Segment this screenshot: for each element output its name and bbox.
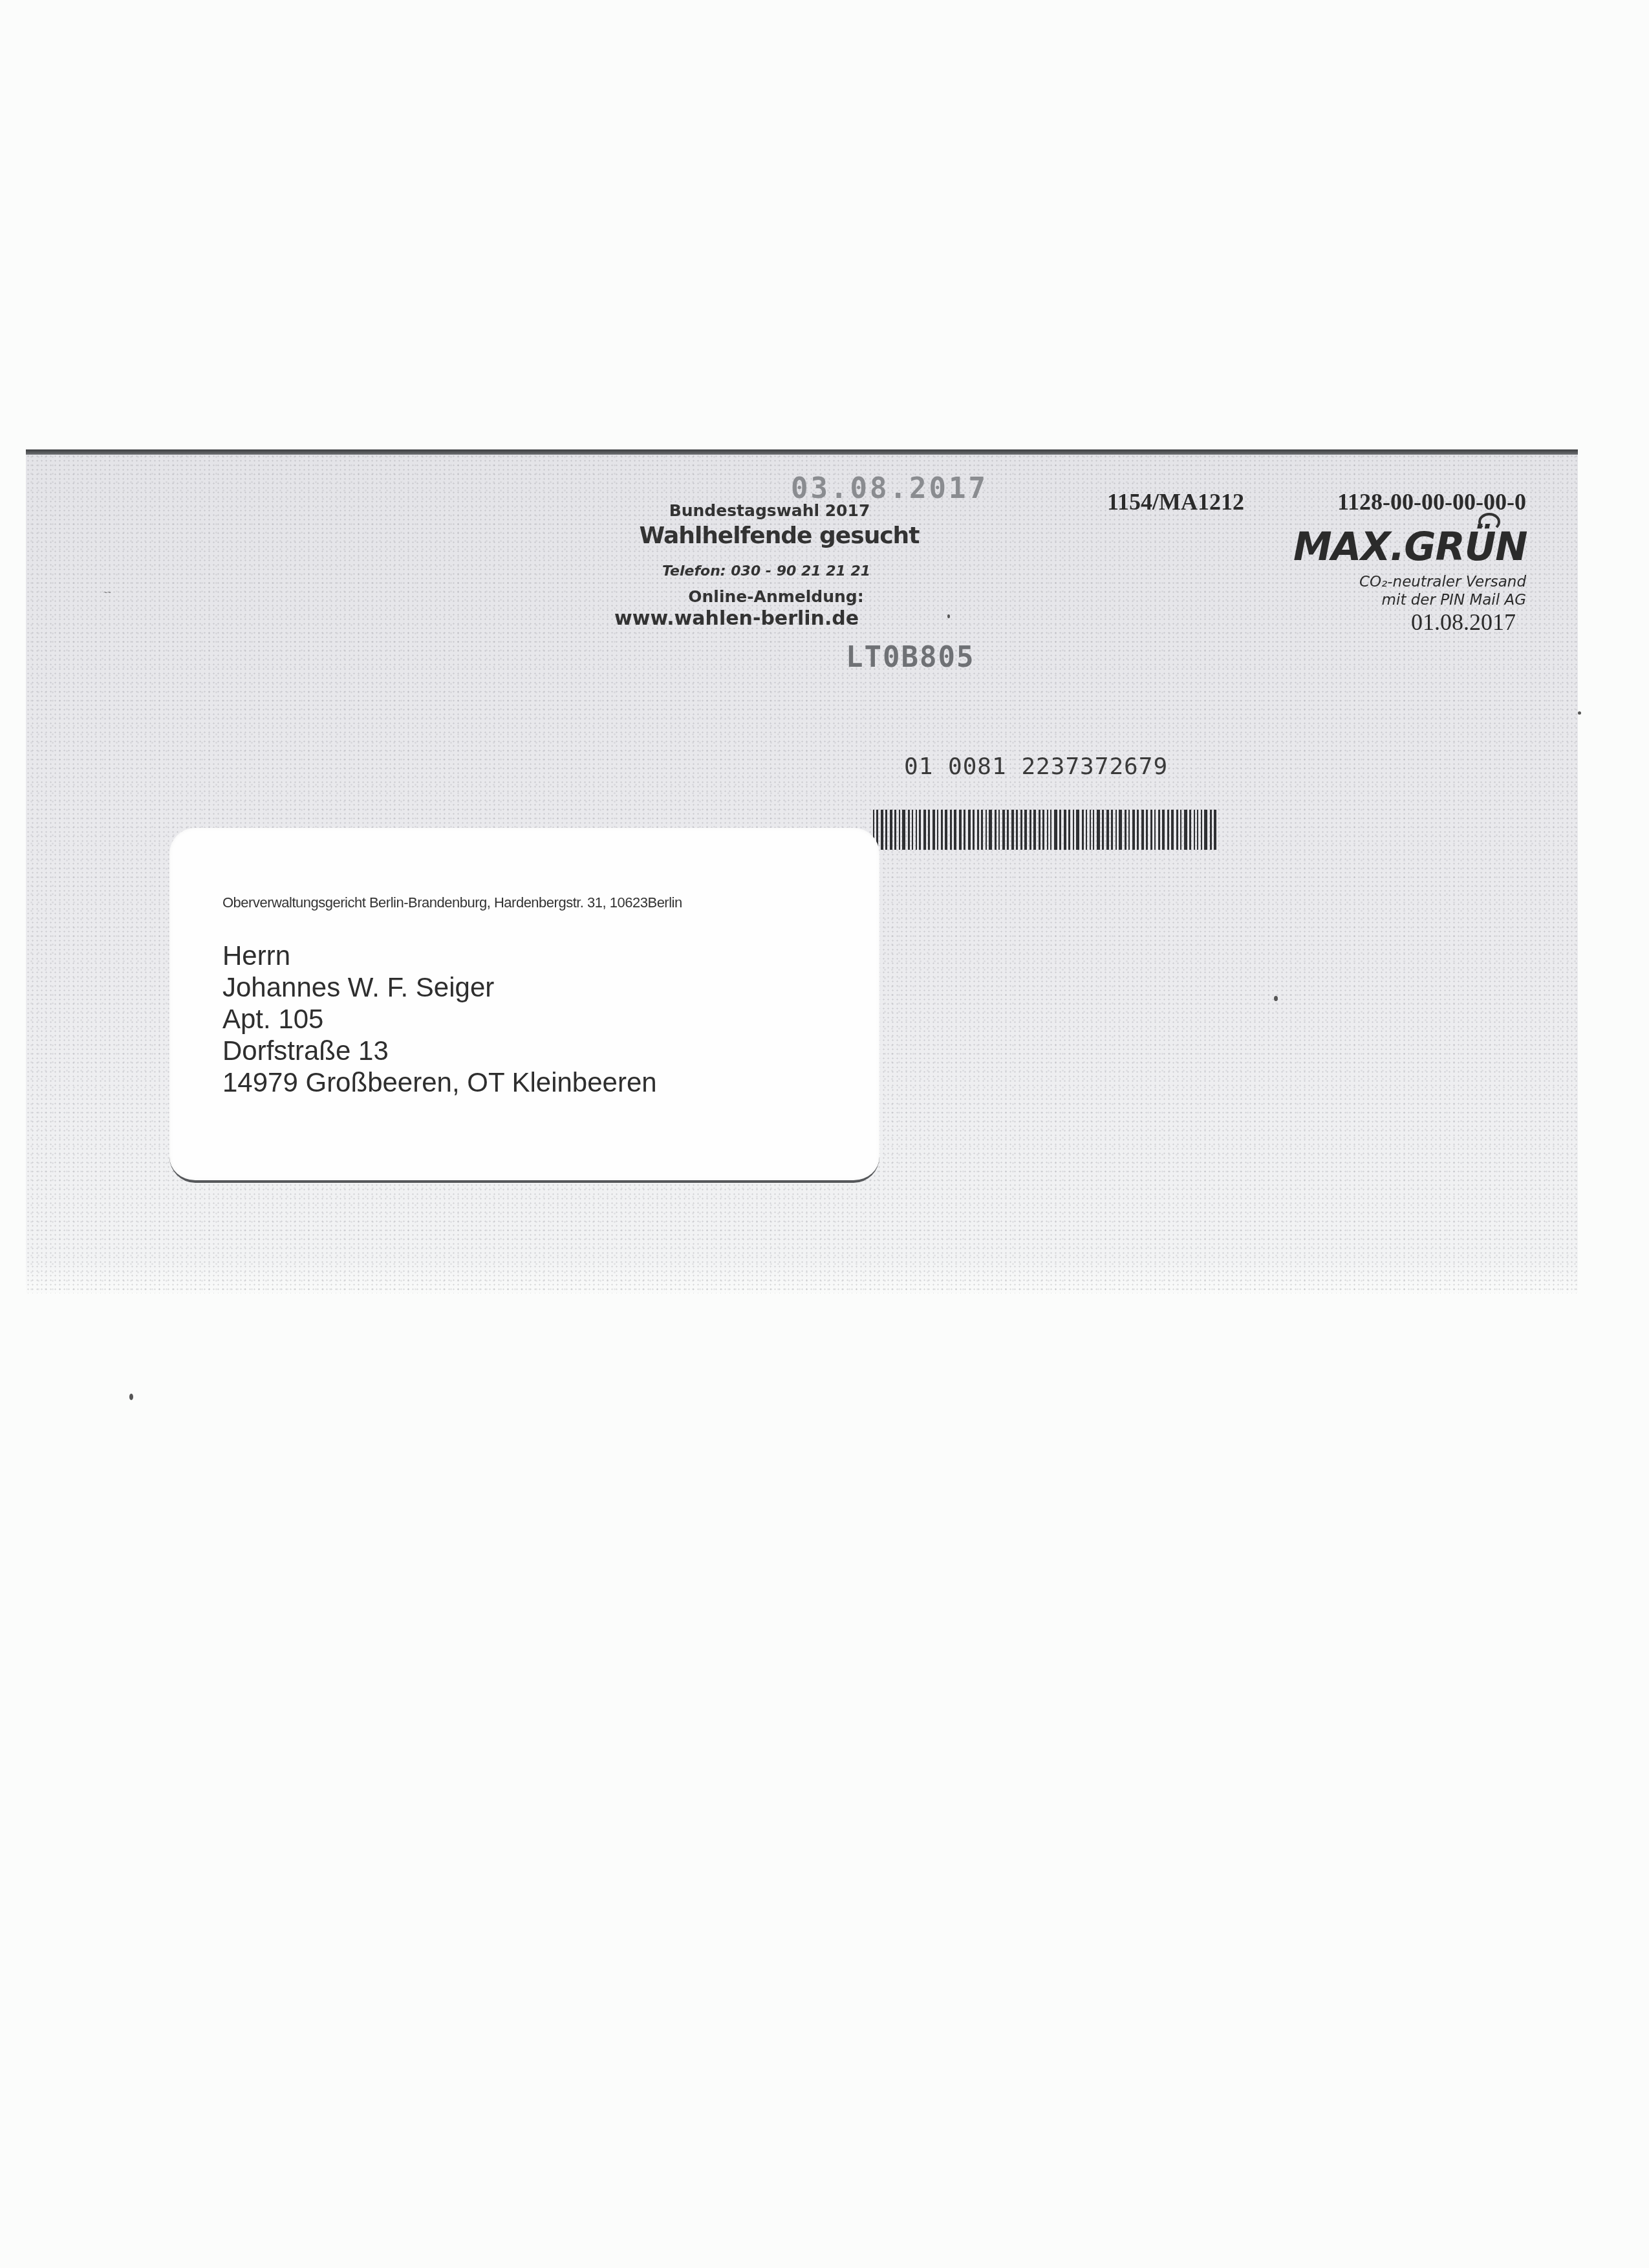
barcode-bar xyxy=(1011,810,1014,850)
barcode-bar xyxy=(1020,810,1022,850)
tracking-barcode xyxy=(873,810,1277,850)
barcode-bar xyxy=(919,810,921,850)
overprint-code: LT0B805 xyxy=(846,641,975,674)
barcode-bar xyxy=(1146,810,1148,850)
barcode-bar xyxy=(885,810,887,850)
envelope-top-edge xyxy=(26,449,1578,455)
brand-logo: MAX.GRÜN xyxy=(1293,524,1526,570)
barcode-bar xyxy=(1029,810,1031,850)
barcode-bar xyxy=(912,810,913,850)
barcode-bar xyxy=(941,810,943,850)
barcode-bar xyxy=(1167,810,1169,850)
barcode-bar xyxy=(1068,810,1070,850)
barcode-bar xyxy=(1033,810,1036,850)
barcode-bar xyxy=(1050,810,1051,850)
barcode-bar xyxy=(928,810,930,850)
barcode-bar xyxy=(1141,810,1144,850)
scan-artifact-mark: ~~ xyxy=(103,590,111,597)
barcode-bar xyxy=(1086,810,1087,850)
address-window: Oberverwaltungsgericht Berlin-Brandenbur… xyxy=(169,828,879,1183)
barcode-bar xyxy=(890,810,892,850)
barcode-bar xyxy=(1201,810,1202,850)
barcode-bar xyxy=(945,810,947,850)
advert-website: www.wahlen-berlin.de xyxy=(614,607,925,630)
barcode-bar xyxy=(959,810,962,850)
barcode-bar xyxy=(1102,810,1104,850)
barcode-bar xyxy=(1194,810,1195,850)
barcode-bar xyxy=(1016,810,1018,850)
barcode-bar xyxy=(1007,810,1009,850)
barcode-bar xyxy=(995,810,997,850)
barcode-bar xyxy=(1197,810,1198,850)
recipient-city: 14979 Großbeeren, OT Kleinbeeren xyxy=(222,1066,657,1098)
post-date: 01.08.2017 xyxy=(1293,609,1526,636)
barcode-bar xyxy=(981,810,983,850)
barcode-bar xyxy=(1171,810,1174,850)
barcode-bar xyxy=(1064,810,1066,850)
barcode-bar xyxy=(1093,810,1094,850)
barcode-bar xyxy=(1119,810,1122,850)
barcode-bar xyxy=(973,810,975,850)
barcode-bar xyxy=(1214,810,1216,850)
barcode-bar xyxy=(1059,810,1061,850)
scan-speck xyxy=(1274,996,1278,1001)
stamp-date: 03.08.2017 xyxy=(791,472,988,505)
barcode-bar xyxy=(977,810,979,850)
tracking-number: 01 0081 2237372679 xyxy=(904,753,1168,780)
barcode-bar xyxy=(1210,810,1212,850)
advert-phone: Telefon: 030 - 90 21 21 21 xyxy=(608,563,925,579)
barcode-bar xyxy=(894,810,896,850)
barcode-bar xyxy=(1047,810,1048,850)
barcode-bar xyxy=(1111,810,1113,850)
franking-advert: Bundestagswahl 2017 Wahlhelfende gesucht… xyxy=(634,501,925,630)
barcode-bar xyxy=(998,810,1000,850)
envelope: ~~ 03.08.2017 Bundestagswahl 2017 Wahlhe… xyxy=(26,449,1578,1293)
advert-headline: Wahlhelfende gesucht xyxy=(634,523,925,549)
barcode-bar xyxy=(1076,810,1079,850)
barcode-bar xyxy=(989,810,992,850)
barcode-bar xyxy=(923,810,926,850)
barcode-bar xyxy=(1054,810,1057,850)
franking-imprint: 1128-00-00-00-00-0 MAX.GRÜN CO₂-neutrale… xyxy=(1293,488,1526,636)
barcode-bar xyxy=(1150,810,1152,850)
barcode-bar xyxy=(1106,810,1109,850)
recipient-address: Herrn Johannes W. F. Seiger Apt. 105 Dor… xyxy=(222,940,657,1098)
barcode-bar xyxy=(1128,810,1130,850)
barcode-bar xyxy=(1073,810,1074,850)
barcode-bar xyxy=(1189,810,1191,850)
barcode-bar xyxy=(1115,810,1117,850)
barcode-bar xyxy=(950,810,952,850)
barcode-bar xyxy=(1162,810,1165,850)
barcode-bar xyxy=(1024,810,1027,850)
barcode-bar xyxy=(954,810,956,850)
barcode-bar xyxy=(1125,810,1126,850)
scan-speck xyxy=(1578,711,1581,715)
brand-name: MAX.GRÜN xyxy=(1293,524,1527,570)
barcode-bar xyxy=(1180,810,1181,850)
barcode-bar xyxy=(1154,810,1156,850)
recipient-name: Johannes W. F. Seiger xyxy=(222,971,657,1003)
barcode-bar xyxy=(1082,810,1084,850)
globe-icon xyxy=(1478,513,1500,531)
recipient-apartment: Apt. 105 xyxy=(222,1003,657,1035)
barcode-bar xyxy=(1090,810,1091,850)
recipient-street: Dorfstraße 13 xyxy=(222,1035,657,1066)
barcode-bar xyxy=(1204,810,1207,850)
barcode-bar xyxy=(1176,810,1178,850)
barcode-bar xyxy=(902,810,905,850)
barcode-bar xyxy=(937,810,938,850)
barcode-bar xyxy=(1097,810,1100,850)
barcode-bar xyxy=(1042,810,1044,850)
barcode-bar xyxy=(899,810,900,850)
barcode-bar xyxy=(986,810,987,850)
recipient-salutation: Herrn xyxy=(222,940,657,971)
barcode-bar xyxy=(1158,810,1160,850)
scan-speck xyxy=(129,1394,133,1400)
barcode-bar xyxy=(932,810,935,850)
co2-notice: CO₂-neutraler Versand xyxy=(1293,574,1526,590)
barcode-bar xyxy=(916,810,917,850)
postal-provider: mit der PIN Mail AG xyxy=(1293,592,1526,609)
franking-number: 1128-00-00-00-00-0 xyxy=(1293,488,1526,515)
barcode-bar xyxy=(1039,810,1040,850)
advert-election-title: Bundestagswahl 2017 xyxy=(614,501,925,520)
advert-signup-label: Online-Anmeldung: xyxy=(627,587,925,606)
barcode-bar xyxy=(1137,810,1139,850)
return-address: Oberverwaltungsgericht Berlin-Brandenbur… xyxy=(222,894,869,911)
barcode-bar xyxy=(1184,810,1187,850)
barcode-bar xyxy=(908,810,910,850)
scan-speck xyxy=(947,614,950,618)
barcode-bar xyxy=(1002,810,1005,850)
barcode-bar xyxy=(1132,810,1135,850)
barcode-bar xyxy=(968,810,971,850)
route-code: 1154/MA1212 xyxy=(1107,488,1244,515)
barcode-bar xyxy=(964,810,965,850)
barcode-bar xyxy=(881,810,883,850)
